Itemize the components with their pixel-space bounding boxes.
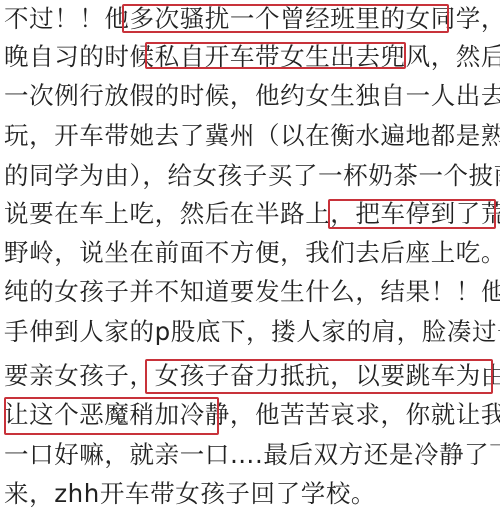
- highlight-box-harassment: [122, 4, 449, 33]
- text-line-3: 一次例行放假的时候，他约女生独自一人出去: [4, 77, 500, 115]
- text-line-9: 手伸到人家的p股底下，搂人家的肩，脸凑过去: [4, 313, 500, 351]
- highlight-box-joyride: [145, 42, 406, 69]
- text-line-12: 一口好嘛，就亲一口….最后双方还是冷静了下: [4, 436, 500, 474]
- screenshot-text-document: 不过！！他多次骚扰一个曾经班里的女同学，在 晚自习的时候私自开车带女生出去兜风，…: [0, 0, 500, 514]
- text-line-5: 的同学为由），给女孩子买了一杯奶茶一个披萨: [4, 157, 500, 195]
- text-line-7: 野岭，说坐在前面不方便，我们去后座上吃。单: [4, 234, 500, 272]
- text-line-4: 玩，开车带她去了冀州（以在衡水遍地都是熟悉: [4, 117, 500, 155]
- highlight-box-resisted: [145, 359, 493, 394]
- highlight-box-parked-car: [328, 199, 496, 229]
- text-line-13: 来，zhh开车带女孩子回了学校。: [4, 475, 376, 513]
- highlight-box-calmed-down: [4, 397, 219, 435]
- text-line-8: 纯的女孩子并不知道要发生什么，结果！！他把: [4, 273, 500, 311]
